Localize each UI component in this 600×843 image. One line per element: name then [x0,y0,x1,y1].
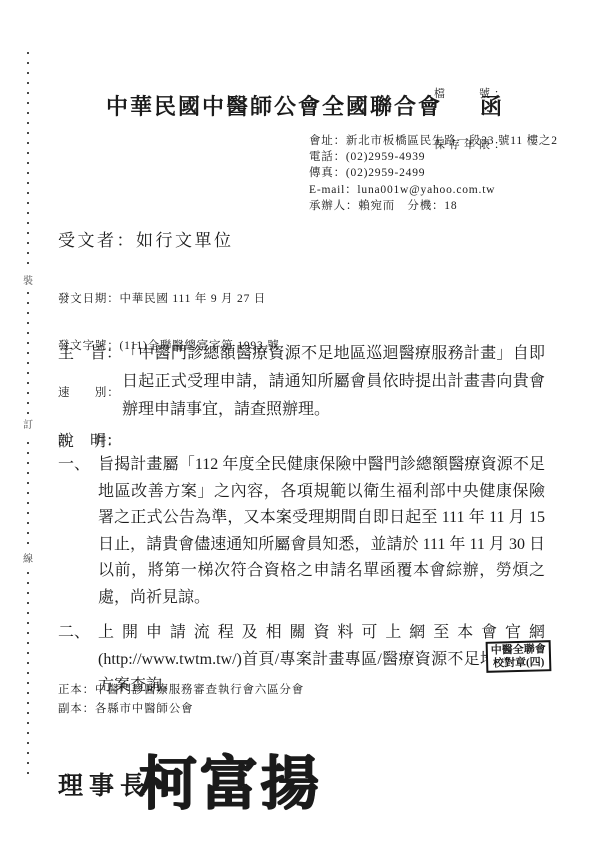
binding-mark-xian: 線 [19,550,37,570]
subject-label: 主 旨： [58,340,122,424]
org-phone: 電話：(02)2959-4939 [309,149,558,165]
issue-date-line: 發文日期：中華民國 111 年 9 月 27 日 [58,292,280,308]
doc-type-letter: 函 [480,94,504,119]
stamp-line-1: 中醫全聯會 [491,643,546,657]
binding-mark-zhuang: 裝 [19,272,37,292]
signature-name: 柯富揚 [138,736,321,820]
subject-section: 主 旨： 「中醫門診總額醫療資源不足地區巡迴醫療服務計畫」自即日起正式受理申請，… [58,340,545,424]
official-letter-page: 裝 訂 線 檔 號： 保存年限： 中華民國中醫師公會全國聯合會函 會址：新北市板… [0,0,600,843]
explanation-item-1: 一、 旨揭計畫屬「112 年度全民健康保險中醫門診總額醫療資源不足地區改善方案」… [58,452,545,611]
proofread-stamp: 中醫全聯會 校對章(四) [486,640,552,673]
document-title: 中華民國中醫師公會全國聯合會函 [10,90,600,121]
binding-dotted-line [27,52,29,775]
item-text: 旨揭計畫屬「112 年度全民健康保險中醫門診總額醫療資源不足地區改善方案」之內容… [98,452,545,611]
item-number: 一、 [58,452,98,611]
contact-block: 會址：新北市板橋區民生路一段33 號11 樓之2 電話：(02)2959-493… [309,133,558,214]
org-address: 會址：新北市板橋區民生路一段33 號11 樓之2 [309,133,558,149]
subject-text: 「中醫門診總額醫療資源不足地區巡迴醫療服務計畫」自即日起正式受理申請，請通知所屬… [122,340,545,424]
explanation-label: 說 明： [58,428,122,451]
org-email: E-mail：luna001w@yahoo.com.tw [309,182,558,198]
explanation-section: 一、 旨揭計畫屬「112 年度全民健康保險中醫門診總額醫療資源不足地區改善方案」… [58,452,545,709]
binding-mark-ding: 訂 [19,416,37,436]
contact-person: 承辦人：賴宛而 分機：18 [309,198,558,214]
original-copy-line: 正本：中醫門診醫療服務審查執行會六區分會 [58,681,304,700]
cc-copy-line: 副本：各縣市中醫師公會 [58,700,304,719]
org-name: 中華民國中醫師公會全國聯合會 [106,94,442,119]
org-fax: 傳真：(02)2959-2499 [309,165,558,181]
recipient-line: 受文者：如行文單位 [58,226,234,251]
stamp-line-2: 校對章(四) [491,656,546,670]
copies-block: 正本：中醫門診醫療服務審查執行會六區分會 副本：各縣市中醫師公會 [58,681,304,719]
